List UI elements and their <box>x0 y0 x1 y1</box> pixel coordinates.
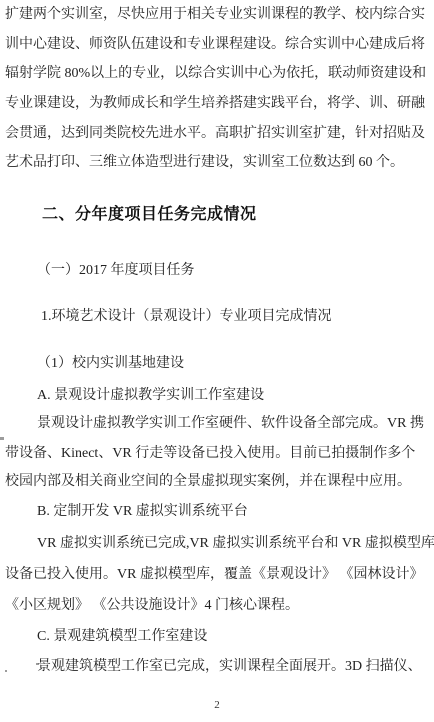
paragraph-line: 专业课建设，为教师成长和学生培养搭建实践平台，将学、训、研融 <box>5 94 425 113</box>
subsection-year: （一）2017 年度项目任务 <box>37 261 195 280</box>
paragraph-line: 会贯通，达到同类院校先进水平。高职扩招实训室扩建，针对招贴及 <box>5 124 425 143</box>
paragraph-line: 训中心建设、师资队伍建设和专业课程建设。综合实训中心建成后将 <box>5 35 425 54</box>
list-item-a: A. 景观设计虚拟教学实训工作室建设 <box>37 386 264 405</box>
scan-artifact <box>0 437 4 440</box>
document-page: 扩建两个实训室，尽快应用于相关专业实训课程的教学、校内综合实 训中心建设、师资队… <box>0 0 434 722</box>
paragraph-line: 带设备、Kinect、VR 行走等设备已投入使用。目前已拍摄制作多个 <box>5 444 415 463</box>
paragraph-line: 《小区规划》 《公共设施设计》4 门核心课程。 <box>5 596 299 615</box>
paragraph-line: 辐射学院 80%以上的专业，以综合实训中心为依托，联动师资建设和 <box>5 64 426 83</box>
paragraph-line: 艺术品打印、三维立体造型进行建设，实训室工位数达到 60 个。 <box>5 153 404 172</box>
paragraph-line: VR 虚拟实训系统已完成,VR 虚拟实训系统平台和 VR 虚拟模型库 <box>37 534 434 553</box>
page-number: 2 <box>0 699 434 711</box>
list-item-c: C. 景观建筑模型工作室建设 <box>37 627 207 646</box>
section-heading: 二、分年度项目任务完成情况 <box>42 205 257 225</box>
list-item-b: B. 定制开发 VR 虚拟实训系统平台 <box>37 502 248 521</box>
paragraph-line: 扩建两个实训室，尽快应用于相关专业实训课程的教学、校内综合实 <box>5 5 425 24</box>
scan-artifact <box>5 670 7 672</box>
subsection-major: 1.环境艺术设计（景观设计）专业项目完成情况 <box>41 307 332 326</box>
scan-artifact <box>36 663 39 665</box>
paragraph-line: 景观设计虚拟教学实训工作室硬件、软件设备全部完成。VR 携 <box>37 414 424 433</box>
paragraph-line: 校园内部及相关商业空间的全景虚拟现实案例，并在课程中应用。 <box>5 472 411 491</box>
subsection-base: （1）校内实训基地建设 <box>37 354 184 373</box>
paragraph-line: 设备已投入使用。VR 虚拟模型库，覆盖《景观设计》 《园林设计》 <box>5 565 423 584</box>
paragraph-line: 景观建筑模型工作室已完成，实训课程全面展开。3D 扫描仪、 <box>37 657 422 676</box>
